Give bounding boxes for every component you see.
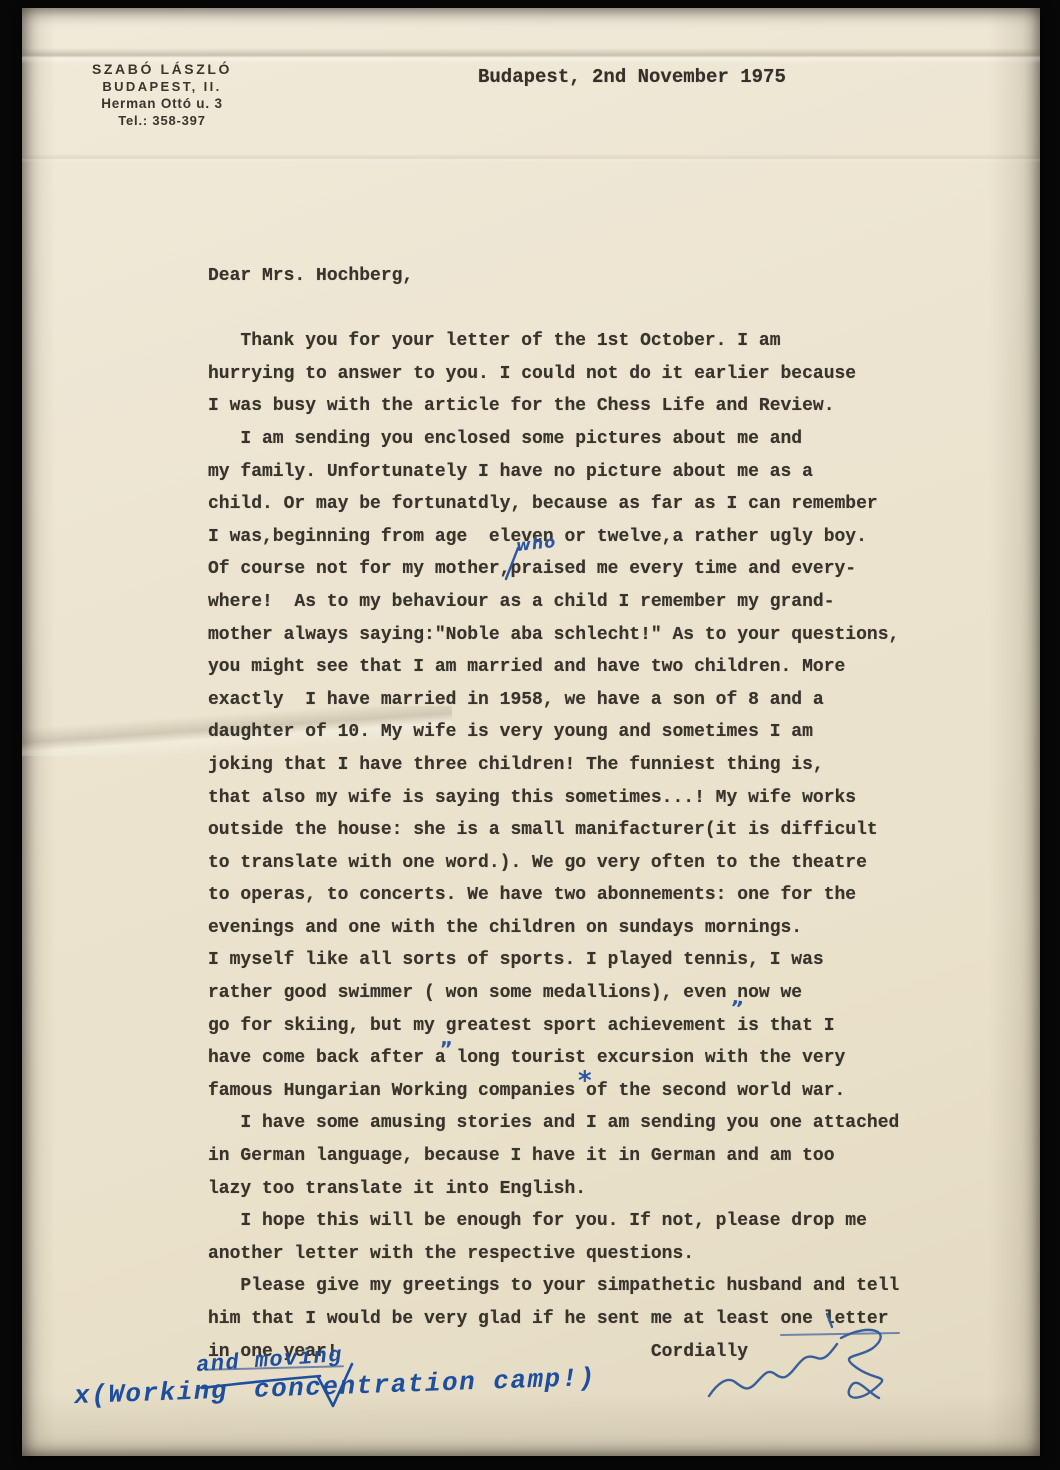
letter-line: I am sending you enclosed some pictures … [208,423,948,456]
letter-line: I was,beginning from age eleven or twelv… [208,521,948,554]
pen-footnote-asterisk: * [578,1066,592,1096]
letter-line: I was busy with the article for the Ches… [208,390,948,423]
letter-body: Dear Mrs. Hochberg, Thank you for your l… [208,260,948,1368]
letter-line: go for skiing, but my greatest sport ach… [208,1010,948,1043]
paper-edge-shade-right [988,8,1040,1456]
handwritten-footnote-left: x(Working [74,1376,229,1411]
letter-line: another letter with the respective quest… [208,1238,948,1271]
paper-crease-upper [22,154,1040,163]
letter-line: him that I would be very glad if he sent… [208,1303,948,1336]
letter-line: outside the house: she is a small manifa… [208,814,948,847]
letter-line: I myself like all sorts of sports. I pla… [208,944,948,977]
letter-line: rather good swimmer ( won some medallion… [208,977,948,1010]
letter-line: daughter of 10. My wife is very young an… [208,716,948,749]
letter-line: to translate with one word.). We go very… [208,847,948,880]
letter-line: hurrying to answer to you. I could not d… [208,358,948,391]
letter-line: joking that I have three children! The f… [208,749,948,782]
letterhead: SZABÓ LÁSZLÓ BUDAPEST, II. Herman Ottó u… [84,60,240,129]
letterhead-name: SZABÓ LÁSZLÓ [84,60,240,78]
letter-line: exactly I have married in 1958, we have … [208,684,948,717]
letter-line: that also my wife is saying this sometim… [208,782,948,815]
letter-line: Please give my greetings to your simpath… [208,1270,948,1303]
letter-line: in German language, because I have it in… [208,1140,948,1173]
letter-line: evenings and one with the children on su… [208,912,948,945]
date-line: Budapest, 2nd November 1975 [478,66,786,88]
letter-line: child. Or may be fortunatdly, because as… [208,488,948,521]
scan-background: SZABÓ LÁSZLÓ BUDAPEST, II. Herman Ottó u… [0,0,1060,1470]
letter-line: I have some amusing stories and I am sen… [208,1107,948,1140]
letter-line: lazy too translate it into English. [208,1173,948,1206]
paper-edge-shade-left [22,8,56,1456]
letter-line [208,293,948,326]
letter-line: mother always saying:"Noble aba schlecht… [208,619,948,652]
letter-line: to operas, to concerts. We have two abon… [208,879,948,912]
letterhead-phone: Tel.: 358-397 [84,112,240,129]
letterhead-city: BUDAPEST, II. [84,78,240,95]
pen-open-quote: „ [440,1026,453,1050]
letter-line: my family. Unfortunately I have no pictu… [208,456,948,489]
letter-line: Of course not for my mother,praised me e… [208,553,948,586]
letter-line: Thank you for your letter of the 1st Oct… [208,325,948,358]
salutation: Dear Mrs. Hochberg, [208,260,948,293]
letter-line: I hope this will be enough for you. If n… [208,1205,948,1238]
letter-line: you might see that I am married and have… [208,651,948,684]
footnote-caret-gap [227,1375,253,1376]
letterhead-street: Herman Ottó u. 3 [84,95,240,112]
letter-line: where! As to my behaviour as a child I r… [208,586,948,619]
